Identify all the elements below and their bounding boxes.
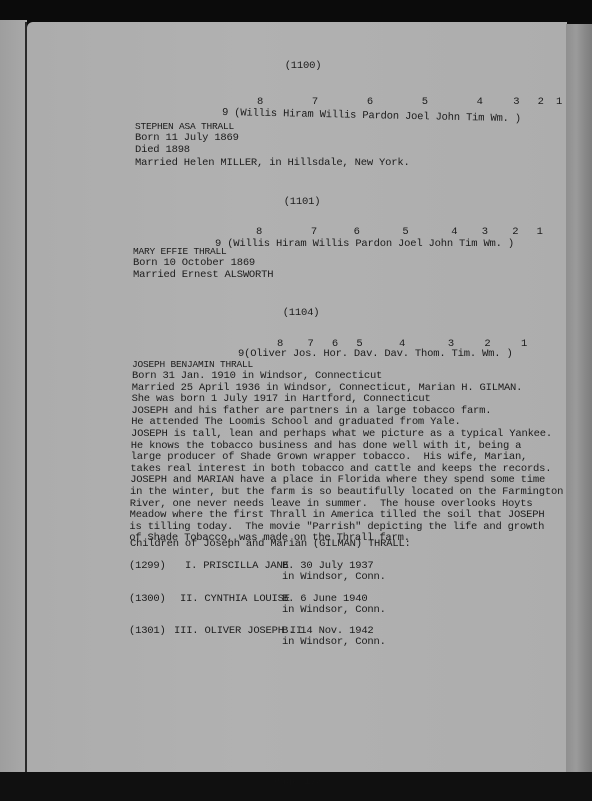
entry-id: (1101) — [284, 196, 321, 209]
lineage: 9 (Willis Hiram Willis Pardon Joel John … — [215, 238, 514, 251]
child-id: (1299) — [129, 560, 166, 573]
detail-line: Died 1898 — [135, 144, 190, 157]
children-heading: Children of Joseph and Marian (GILMAN) T… — [130, 538, 411, 551]
generation-numbers: 8 7 6 5 4 3 2 1 — [257, 96, 562, 109]
entry-id: (1100) — [285, 60, 322, 73]
page-stack-edge — [566, 24, 592, 772]
child-id: (1301) — [129, 625, 166, 638]
child-name: I. PRISCILLA JANE — [185, 560, 289, 573]
child-birthplace: in Windsor, Conn. — [282, 636, 386, 649]
child-birthplace: in Windsor, Conn. — [282, 571, 386, 584]
scan-top-border — [0, 0, 592, 22]
facing-page-edge — [0, 20, 27, 774]
page-number: Page 173 — [274, 776, 323, 789]
child-name: II. CYNTHIA LOUISE — [180, 593, 290, 606]
detail-line: Married Helen MILLER, in Hillsdale, New … — [135, 157, 410, 170]
lineage: 9(Oliver Jos. Hor. Dav. Dav. Thom. Tim. … — [238, 348, 513, 361]
detail-line: Married Ernest ALSWORTH — [133, 269, 273, 282]
child-id: (1300) — [129, 593, 166, 606]
child-birthplace: in Windsor, Conn. — [282, 604, 386, 617]
entry-id: (1104) — [283, 307, 320, 320]
